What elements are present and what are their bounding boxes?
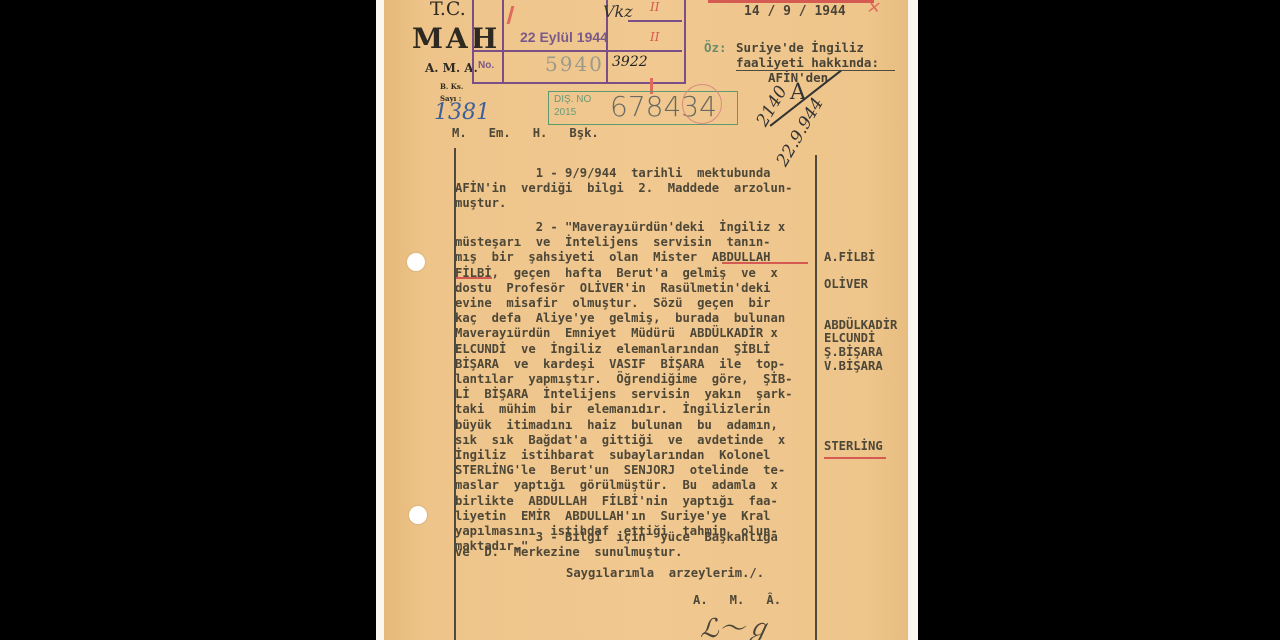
receipt-roman-1: II [650, 0, 659, 14]
receipt-stamp-number: 5940 [545, 52, 604, 76]
letterhead-bks: B. Ks. [440, 82, 463, 91]
receipt-handwritten-ref: 3922 [612, 54, 648, 70]
red-header-line [708, 0, 874, 3]
paragraph-2: 2 - "Maverayıürdün'deki İngiliz x müsteş… [455, 220, 793, 554]
subject-line-2: faaliyeti hakkında: [736, 55, 895, 71]
margin-name-filbi: A.FİLBİ [824, 250, 875, 265]
margin-name-vasif-bisara: V.BİŞARA [824, 359, 883, 374]
handwritten-signature: ℒ〜ℊ [700, 608, 771, 640]
receipt-handwritten-mark: Vkz [603, 2, 633, 21]
red-star-mark: ✕ [866, 0, 879, 17]
punch-hole-bottom [409, 506, 427, 524]
punch-hole-top [407, 253, 425, 271]
margin-name-elcundi: ELCUNDİ [824, 331, 875, 346]
red-underline-sterling [824, 457, 886, 459]
closing-salutation: Saygılarımla arzeylerim./. [566, 566, 764, 581]
receipt-stamp-no-label: No. [478, 60, 494, 71]
margin-name-oliver: OLİVER [824, 277, 868, 292]
addressee: M. Em. H. Bşk. [452, 126, 599, 141]
header-date: 14 / 9 / 1944 [744, 4, 846, 19]
receipt-roman-2: II [650, 30, 659, 44]
red-underline-filbi [456, 277, 492, 279]
registry-stamp-label: DIŞ. NO [554, 94, 591, 105]
handwritten-sayi-number: 1381 [434, 100, 490, 125]
margin-name-sterling: STERLİNG [824, 439, 883, 454]
receipt-stamp-date: 22 Eylül 1944 [520, 29, 608, 45]
signature-initials: A. M. Â. [693, 593, 781, 608]
subject-label: Öz: [704, 40, 727, 55]
stamp-divider [502, 0, 504, 82]
subject-line-1: Suriye'de İngiliz [736, 40, 864, 55]
red-circle-mark [682, 84, 722, 124]
letterhead-ama: A. M. A. [425, 61, 478, 75]
paragraph-3: 3 - Bilgi için yüce Başkanlığa ve D. Mer… [455, 530, 778, 560]
stamp-divider [628, 20, 682, 22]
registry-stamp-code: 2015 [554, 107, 576, 118]
margin-name-sibli-bisara: Ş.BİŞARA [824, 345, 883, 360]
paragraph-1: 1 - 9/9/944 tarihli mektubunda AFİN'in v… [455, 166, 793, 212]
red-underline-abdullah [722, 262, 808, 264]
right-margin-line [815, 155, 817, 640]
letterhead-tc: T.C. [430, 0, 466, 20]
